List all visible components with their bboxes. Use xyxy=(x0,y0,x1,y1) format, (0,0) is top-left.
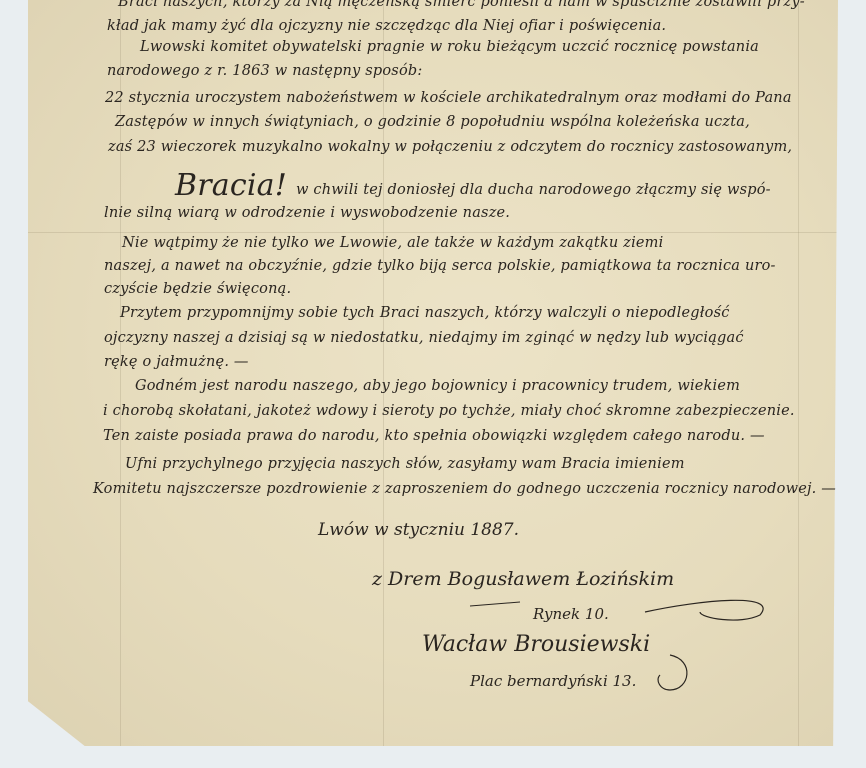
signature-flourish-icon xyxy=(0,0,866,768)
